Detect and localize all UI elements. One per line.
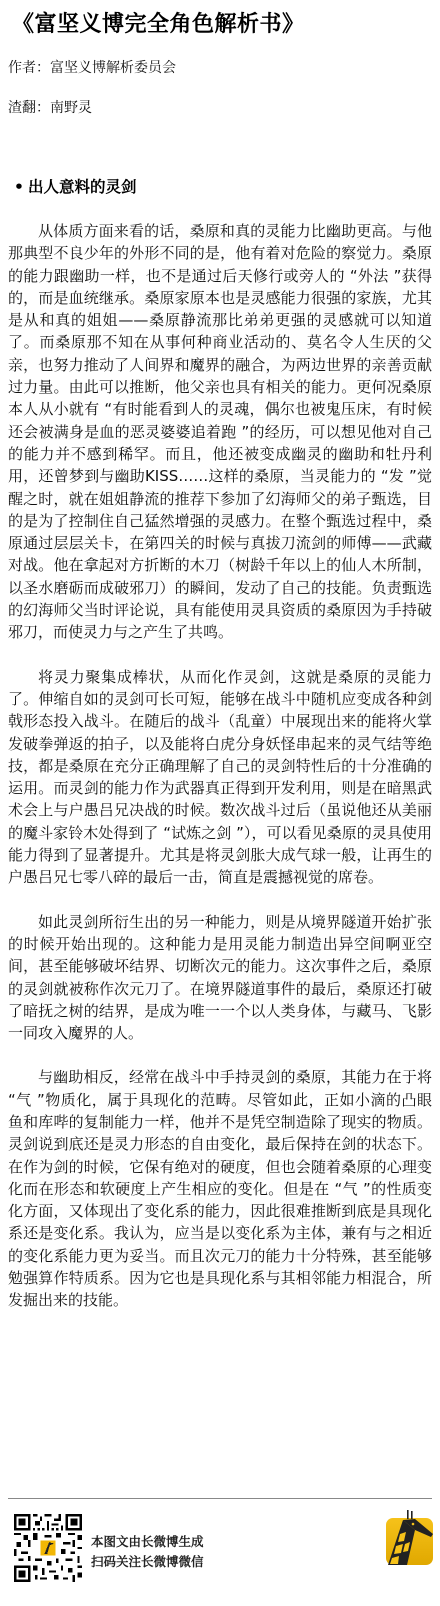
giraffe-logo-icon: [385, 1510, 435, 1566]
paragraph: 从体质方面来看的话，桑原和真的灵能力比幽助更高。与他那典型不良少年的外形不同的是…: [8, 220, 432, 644]
paragraph: 与幽助相反，经常在战斗中手持灵剑的桑原，其能力在于将 “气 ”物质化，属于具现化…: [8, 1066, 432, 1311]
author-line: 作者：富坚义博解析委员会: [8, 58, 176, 78]
footer-caption: 本图文由长微博生成 扫码关注长微博微信: [91, 1532, 204, 1572]
long-weibo-image: 《富坚义博完全角色解析书》 作者：富坚义博解析委员会 渣翻：南野灵 •出人意料的…: [0, 0, 440, 1606]
translator-line: 渣翻：南野灵: [8, 98, 92, 118]
footer-line-generated-by: 本图文由长微博生成: [91, 1532, 204, 1552]
bullet-icon: •: [14, 176, 24, 198]
footer-line-scan-follow: 扫码关注长微博微信: [91, 1552, 204, 1572]
section-heading: •出人意料的灵剑: [14, 176, 137, 198]
document-title: 《富坚义博完全角色解析书》: [12, 8, 432, 42]
footer-divider: [8, 1498, 432, 1499]
section-heading-text: 出人意料的灵剑: [28, 178, 137, 196]
qr-code-icon: [14, 1514, 82, 1582]
paragraph: 如此灵剑所衍生出的另一种能力，则是从境界隧道开始扩张的时候开始出现的。这种能力是…: [8, 911, 432, 1045]
paragraph: 将灵力聚集成棒状，从而化作灵剑，这就是桑原的灵能力了。伸缩自如的灵剑可长可短，能…: [8, 666, 432, 889]
article-body: 从体质方面来看的话，桑原和真的灵能力比幽助更高。与他那典型不良少年的外形不同的是…: [8, 220, 432, 1334]
